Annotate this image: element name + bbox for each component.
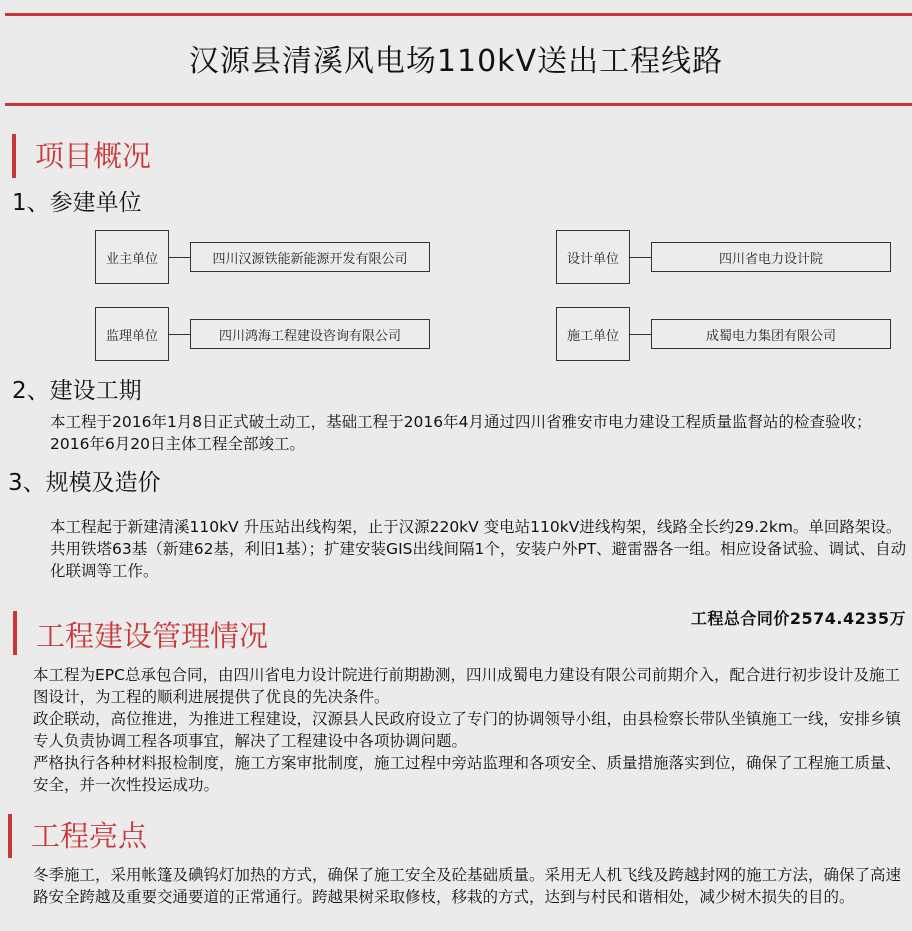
page-title: 汉源县清溪风电场110kV送出工程线路 <box>0 40 912 84</box>
connector-line <box>169 334 190 335</box>
section-marker-management <box>13 611 17 655</box>
section-title-overview: 项目概况 <box>35 136 151 176</box>
subheading-scale: 3、规模及造价 <box>8 468 161 498</box>
section-title-highlights: 工程亮点 <box>31 816 147 856</box>
total-contract-price: 工程总合同价2574.4235万 <box>691 606 906 629</box>
header-top-rule <box>5 13 912 16</box>
subheading-participants: 1、参建单位 <box>12 188 142 218</box>
section-title-management: 工程建设管理情况 <box>36 616 268 656</box>
role-box-designer: 设计单位 <box>556 230 630 284</box>
org-box-constructor: 成蜀电力集团有限公司 <box>651 319 891 349</box>
highlights-text: 冬季施工，采用帐篷及碘钨灯加热的方式，确保了施工安全及砼基础质量。采用无人机飞线… <box>33 864 907 908</box>
section-marker-highlights <box>8 814 12 858</box>
section-marker-overview <box>12 134 16 178</box>
management-paragraph: 政企联动，高位推进，为推进工程建设，汉源县人民政府设立了专门的协调领导小组，由县… <box>33 708 907 752</box>
management-paragraph: 本工程为EPC总承包合同，由四川省电力设计院进行前期勘测，四川成蜀电力建设有限公… <box>33 664 907 708</box>
header-bottom-rule <box>5 103 912 106</box>
management-paragraph: 严格执行各种材料报检制度，施工方案审批制度，施工过程中旁站监理和各项安全、质量措… <box>33 752 907 796</box>
role-box-supervisor: 监理单位 <box>95 307 169 361</box>
role-box-owner: 业主单位 <box>95 230 169 284</box>
subheading-schedule: 2、建设工期 <box>12 376 142 406</box>
connector-line <box>169 257 190 258</box>
role-box-constructor: 施工单位 <box>556 307 630 361</box>
connector-line <box>630 257 651 258</box>
schedule-text: 本工程于2016年1月8日正式破土动工，基础工程于2016年4月通过四川省雅安市… <box>50 411 905 455</box>
management-body: 本工程为EPC总承包合同，由四川省电力设计院进行前期勘测，四川成蜀电力建设有限公… <box>33 664 907 796</box>
org-box-owner: 四川汉源铁能新能源开发有限公司 <box>190 242 430 272</box>
org-box-designer: 四川省电力设计院 <box>651 242 891 272</box>
connector-line <box>630 334 651 335</box>
scale-text: 本工程起于新建清溪110kV 升压站出线构架，止于汉源220kV 变电站110k… <box>50 516 907 582</box>
org-box-supervisor: 四川鸿海工程建设咨询有限公司 <box>190 319 430 349</box>
